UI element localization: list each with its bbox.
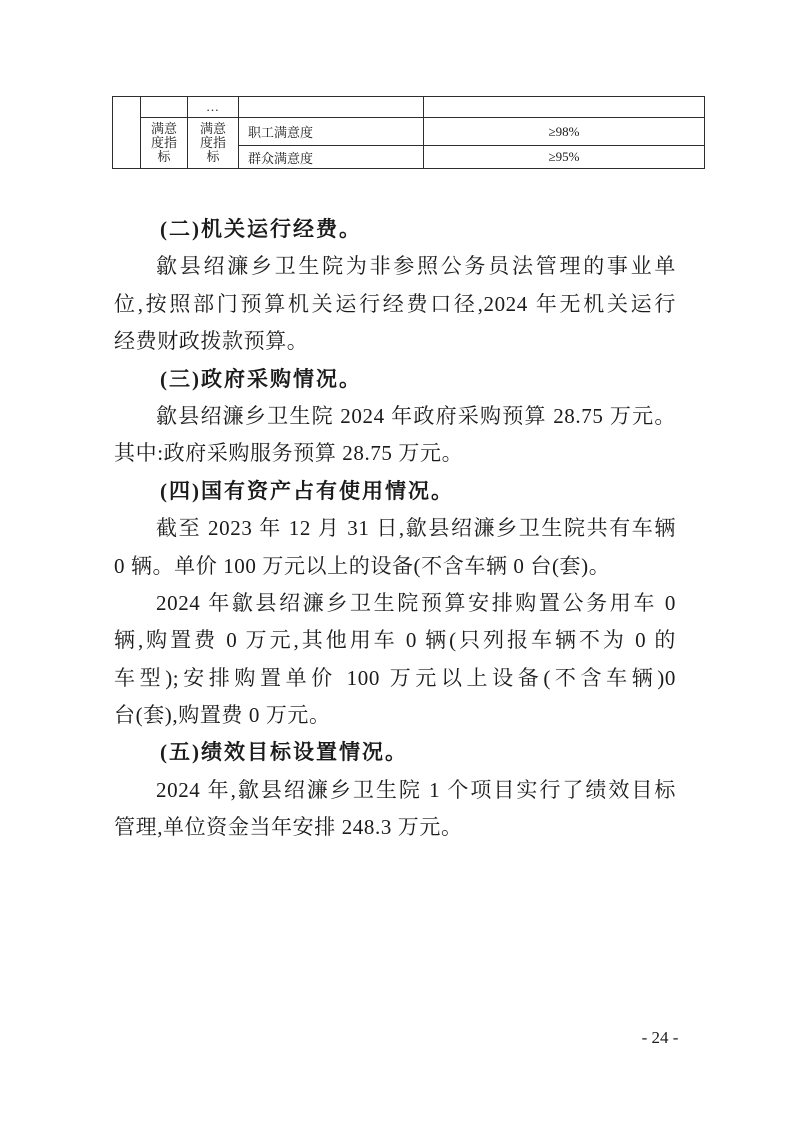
section-heading-2: (二)机关运行经费。 xyxy=(114,211,676,248)
section-heading-5: (五)绩效目标设置情况。 xyxy=(114,734,676,771)
table-cell-empty xyxy=(141,97,188,118)
body-line: 截至 2023 年 12 月 31 日,歙县绍濂乡卫生院共有车辆 xyxy=(114,510,676,547)
body-line: 车型);安排购置单价 100 万元以上设备(不含车辆)0 xyxy=(114,660,676,697)
body-line: 管理,单位资金当年安排 248.3 万元。 xyxy=(114,809,676,846)
page-number: - 24 - xyxy=(615,1027,705,1049)
body-line: 其中:政府采购服务预算 28.75 万元。 xyxy=(114,435,676,472)
document-body: (二)机关运行经费。 歙县绍濂乡卫生院为非参照公务员法管理的事业单 位,按照部门… xyxy=(114,211,676,847)
table-cell-metric-name: 群众满意度 xyxy=(239,146,424,169)
table-cell-stub xyxy=(113,97,141,169)
body-line: 2024 年,歙县绍濂乡卫生院 1 个项目实行了绩效目标 xyxy=(114,772,676,809)
section-heading-4: (四)国有资产占有使用情况。 xyxy=(114,473,676,510)
table-cell-group-label-outer: 满意度指标 xyxy=(141,118,188,169)
table-cell-empty xyxy=(239,97,424,118)
body-line: 歙县绍濂乡卫生院 2024 年政府采购预算 28.75 万元。 xyxy=(114,398,676,435)
body-line: 经费财政拨款预算。 xyxy=(114,323,676,360)
table-cell-metric-name: 职工满意度 xyxy=(239,118,424,146)
body-line: 0 辆。单价 100 万元以上的设备(不含车辆 0 台(套)。 xyxy=(114,548,676,585)
table-cell-metric-value: ≥95% xyxy=(424,146,705,169)
document-page: … 满意度指标 满意度指标 职工满意度 ≥98% 群众满意度 ≥95% (二)机… xyxy=(0,0,793,1122)
body-line: 2024 年歙县绍濂乡卫生院预算安排购置公务用车 0 xyxy=(114,585,676,622)
table-cell-group-label-inner: 满意度指标 xyxy=(188,118,239,169)
body-line: 歙县绍濂乡卫生院为非参照公务员法管理的事业单 xyxy=(114,248,676,285)
body-line: 台(套),购置费 0 万元。 xyxy=(114,697,676,734)
section-heading-3: (三)政府采购情况。 xyxy=(114,361,676,398)
table-cell-empty xyxy=(424,97,705,118)
satisfaction-metrics-table: … 满意度指标 满意度指标 职工满意度 ≥98% 群众满意度 ≥95% xyxy=(112,96,705,169)
body-line: 位,按照部门预算机关运行经费口径,2024 年无机关运行 xyxy=(114,286,676,323)
table-cell-metric-value: ≥98% xyxy=(424,118,705,146)
table-cell-ellipsis: … xyxy=(188,97,239,118)
body-line: 辆,购置费 0 万元,其他用车 0 辆(只列报车辆不为 0 的 xyxy=(114,622,676,659)
